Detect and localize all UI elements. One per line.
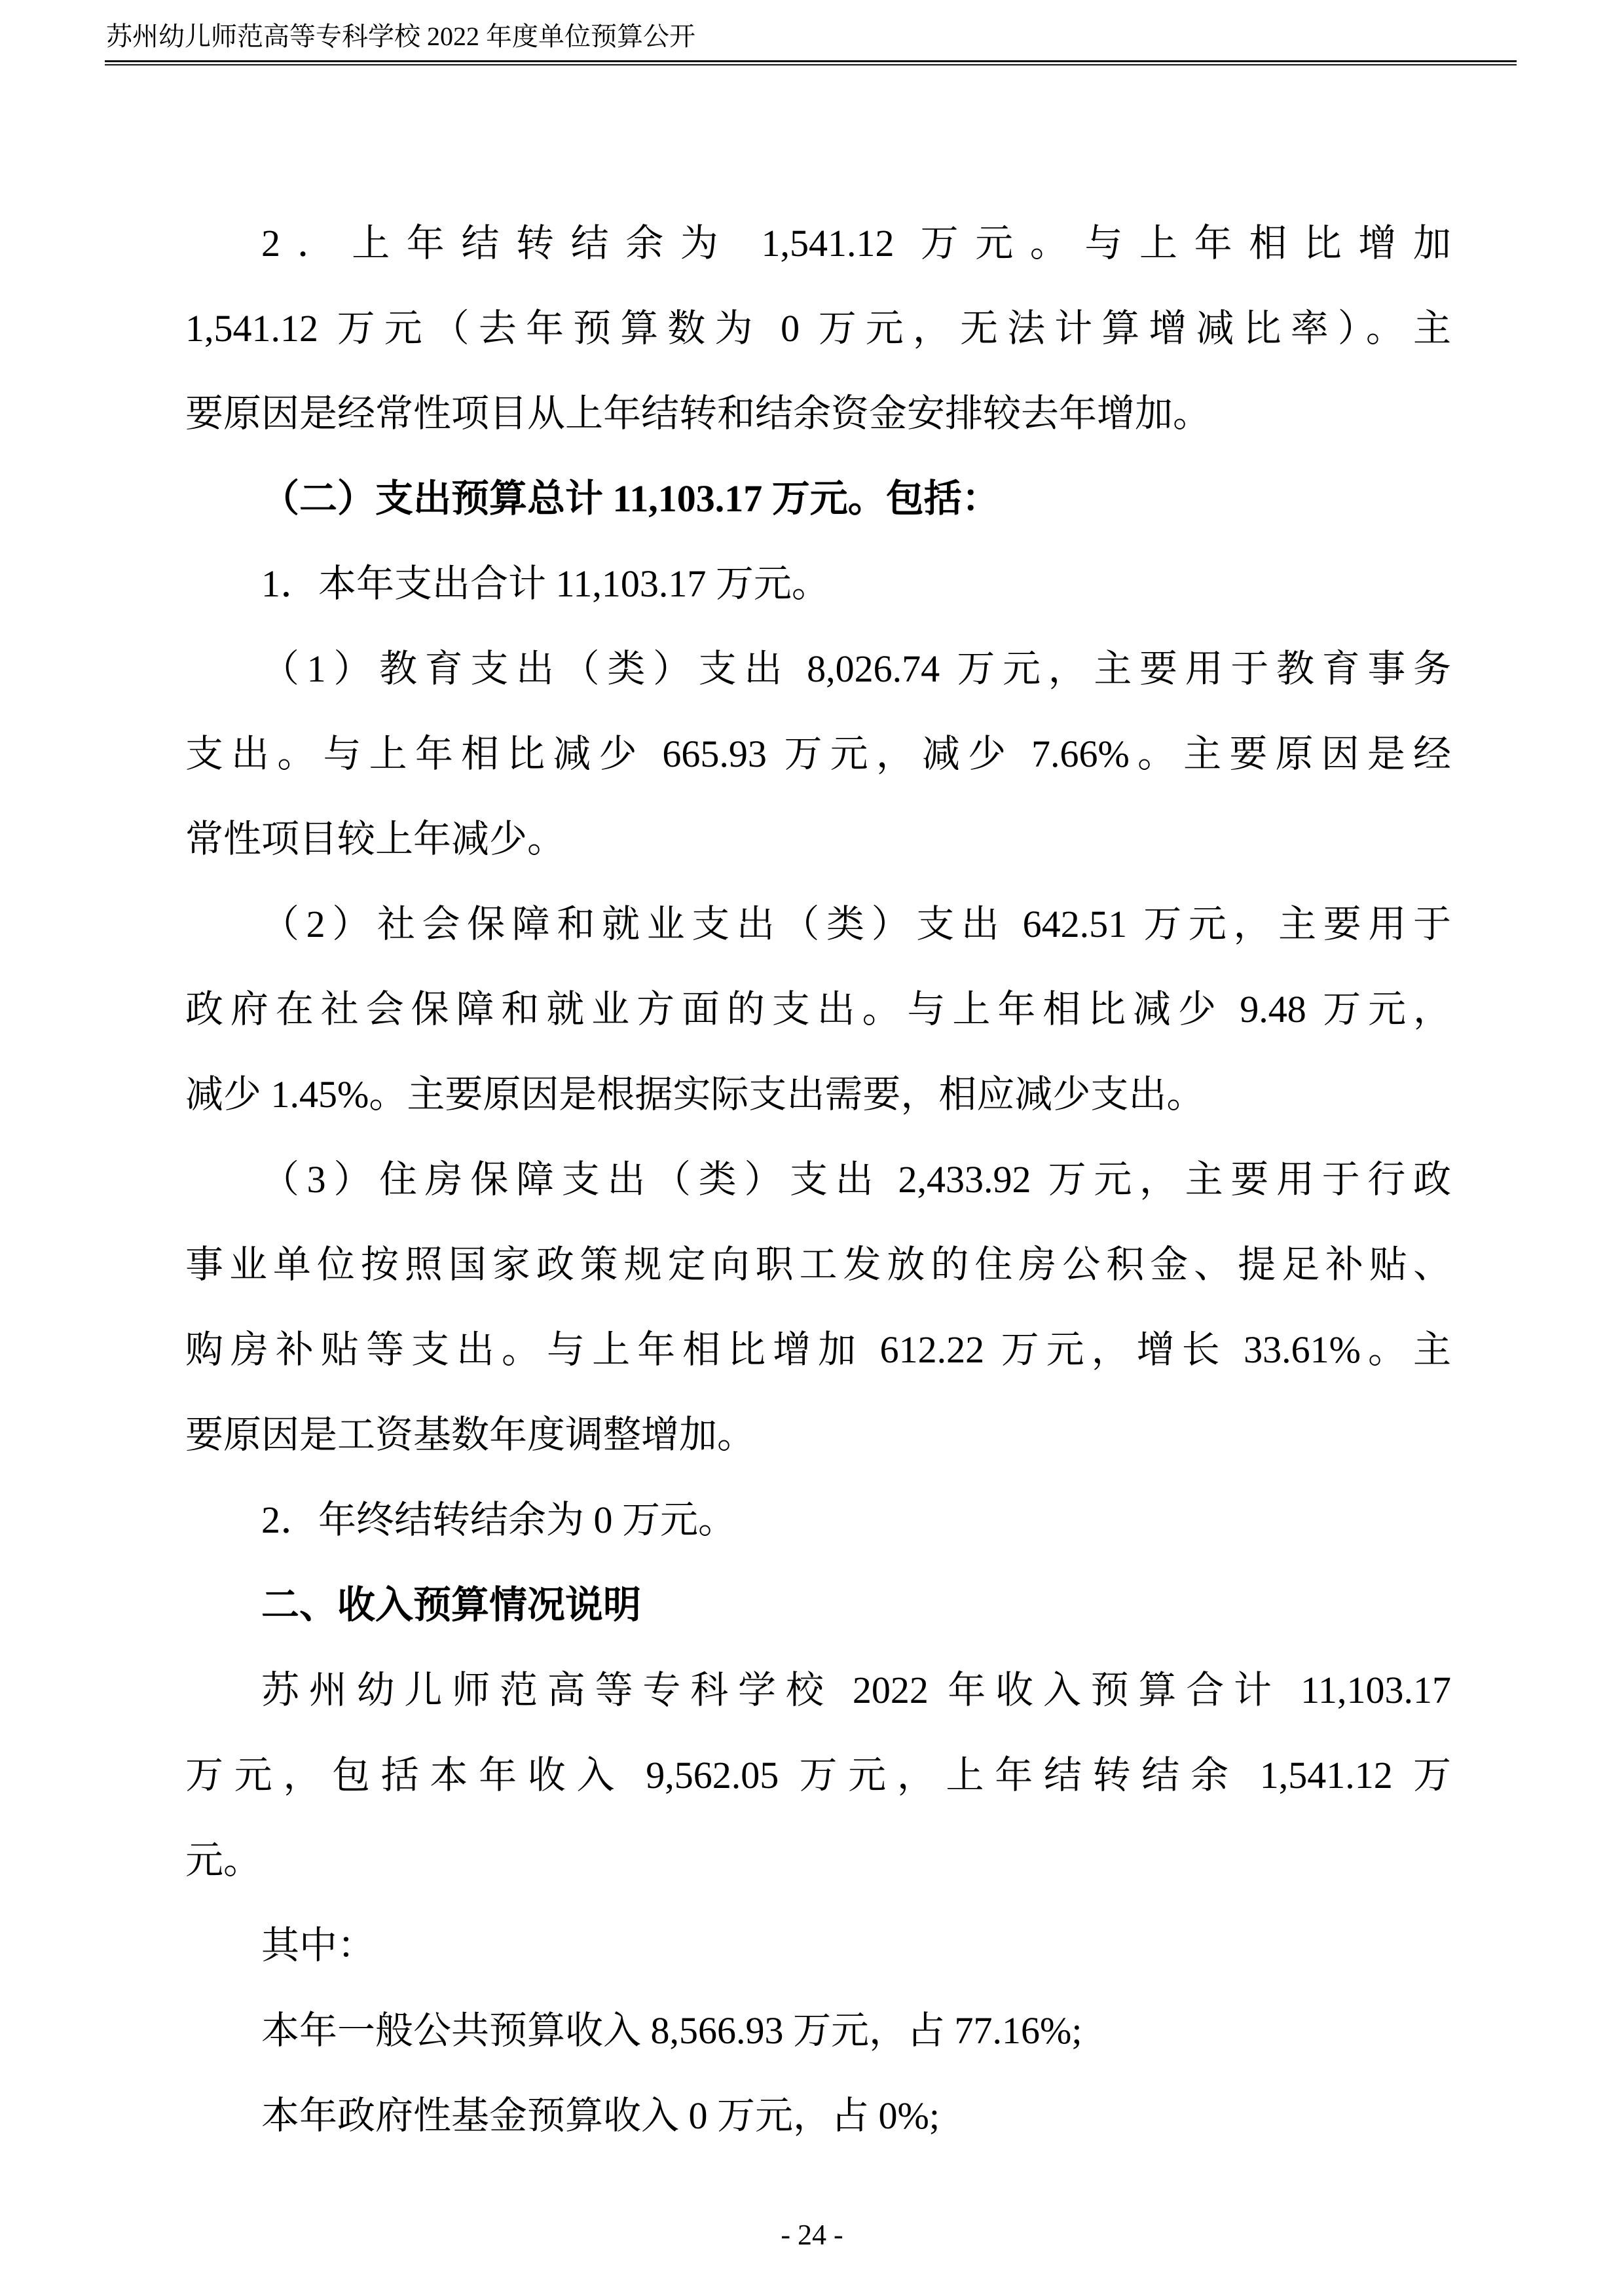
header-title: 苏州幼儿师范高等专科学校 2022 年度单位预算公开: [106, 21, 695, 52]
text-line: 其中：: [185, 1903, 1451, 1988]
text-line: 要原因是经常性项目从上年结转和结余资金安排较去年增加。: [185, 371, 1451, 456]
text-line: 减少 1.45%。主要原因是根据实际支出需要，相应减少支出。: [185, 1052, 1451, 1137]
text-line: 政府在社会保障和就业方面的支出。与上年相比减少 9.48 万元，: [185, 967, 1451, 1052]
header-rule: [105, 60, 1517, 65]
text-line: （1）教育支出（类）支出 8,026.74 万元，主要用于教育事务: [185, 627, 1451, 712]
document-body: 2．上年结转结余为 1,541.12 万元。与上年相比增加1,541.12 万元…: [185, 201, 1451, 2159]
text-line: 苏州幼儿师范高等专科学校 2022 年收入预算合计 11,103.17: [185, 1648, 1451, 1733]
text-line: 元。: [185, 1818, 1451, 1903]
text-line: 支出。与上年相比减少 665.93 万元，减少 7.66%。主要原因是经: [185, 712, 1451, 797]
text-line: 二、收入预算情况说明: [185, 1563, 1451, 1648]
text-line: 1．本年支出合计 11,103.17 万元。: [185, 541, 1451, 627]
text-line: （3）住房保障支出（类）支出 2,433.92 万元，主要用于行政: [185, 1137, 1451, 1222]
text-line: 万元，包括本年收入 9,562.05 万元，上年结转结余 1,541.12 万: [185, 1733, 1451, 1818]
document-page: 苏州幼儿师范高等专科学校 2022 年度单位预算公开 2．上年结转结余为 1,5…: [0, 0, 1624, 2296]
text-line: （2）社会保障和就业支出（类）支出 642.51 万元，主要用于: [185, 882, 1451, 967]
text-line: 要原因是工资基数年度调整增加。: [185, 1393, 1451, 1478]
text-line: 1,541.12 万元（去年预算数为 0 万元，无法计算增减比率）。主: [185, 286, 1451, 371]
text-line: （二）支出预算总计 11,103.17 万元。包括：: [185, 456, 1451, 541]
text-line: 本年政府性基金预算收入 0 万元，占 0%;: [185, 2073, 1451, 2159]
text-line: 事业单位按照国家政策规定向职工发放的住房公积金、提足补贴、: [185, 1222, 1451, 1307]
page-footer: - 24 -: [0, 2218, 1624, 2252]
text-line: 本年一般公共预算收入 8,566.93 万元，占 77.16%;: [185, 1988, 1451, 2073]
page-number: - 24 -: [781, 2219, 843, 2251]
text-line: 2．上年结转结余为 1,541.12 万元。与上年相比增加: [185, 201, 1451, 286]
text-line: 购房补贴等支出。与上年相比增加 612.22 万元，增长 33.61%。主: [185, 1307, 1451, 1393]
text-line: 常性项目较上年减少。: [185, 797, 1451, 882]
text-line: 2．年终结转结余为 0 万元。: [185, 1478, 1451, 1563]
